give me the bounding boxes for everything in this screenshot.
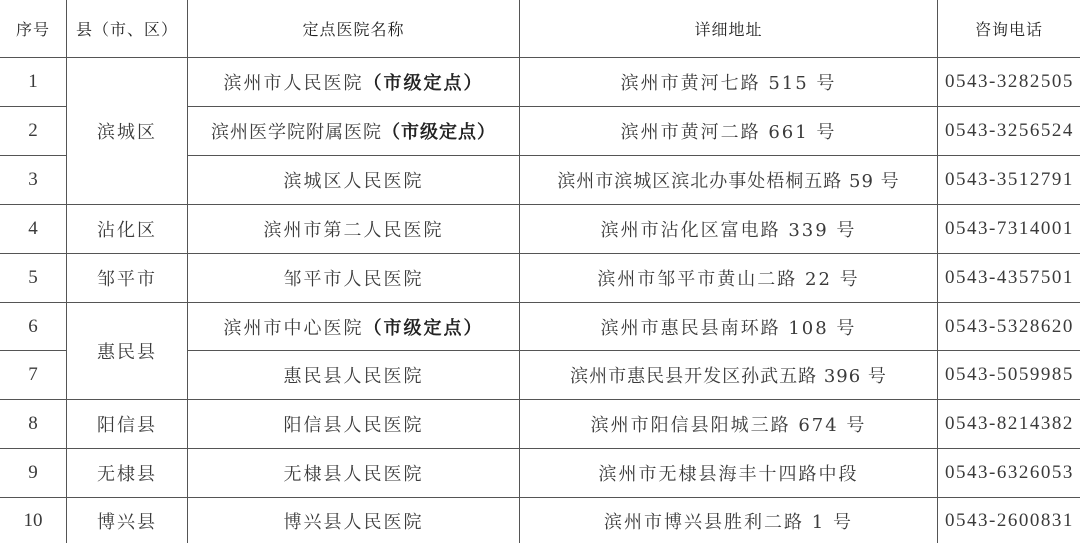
address: 滨州市无棣县海丰十四路中段: [520, 449, 937, 497]
address: 滨州市惠民县南环路 108 号: [520, 303, 937, 350]
address: 滨州市黄河二路 661 号: [520, 107, 937, 155]
row-no: 8: [0, 400, 66, 448]
county: 邹平市: [67, 254, 187, 302]
phone: 0543-4357501: [938, 254, 1080, 302]
phone: 0543-3256524: [938, 107, 1080, 155]
county-cell-bincheng: 滨城区: [67, 58, 187, 204]
address: 滨州市博兴县胜利二路 1 号: [520, 498, 937, 543]
phone: 0543-5328620: [938, 303, 1080, 350]
city-level-note: （市级定点）: [364, 314, 484, 340]
row-no: 2: [0, 107, 66, 155]
hospital-name-text: 滨州医学院附属医院: [211, 118, 382, 144]
address: 滨州市沾化区富电路 339 号: [520, 205, 937, 253]
hospital-name: 滨州市人民医院（市级定点）: [188, 58, 519, 106]
header-county: 县（市、区）: [67, 0, 187, 57]
row-no: 4: [0, 205, 66, 253]
hospital-name: 滨州医学院附属医院（市级定点）: [188, 107, 519, 155]
row-no: 1: [0, 58, 66, 106]
county: 沾化区: [67, 205, 187, 253]
phone: 0543-3512791: [938, 156, 1080, 204]
address: 滨州市阳信县阳城三路 674 号: [520, 400, 937, 448]
phone: 0543-5059985: [938, 351, 1080, 399]
hospital-name: 阳信县人民医院: [188, 400, 519, 448]
address: 滨州市滨城区滨北办事处梧桐五路 59 号: [520, 156, 937, 204]
city-level-note: （市级定点）: [382, 118, 496, 144]
row-no: 6: [0, 303, 66, 350]
hospital-table: 序号 县（市、区） 定点医院名称 详细地址 咨询电话 滨城区 惠民县 1 滨州市…: [0, 0, 1080, 543]
county: 博兴县: [67, 498, 187, 543]
phone: 0543-8214382: [938, 400, 1080, 448]
county: 无棣县: [67, 449, 187, 497]
phone: 0543-3282505: [938, 58, 1080, 106]
row-no: 5: [0, 254, 66, 302]
hospital-name: 滨州市第二人民医院: [188, 205, 519, 253]
phone: 0543-7314001: [938, 205, 1080, 253]
county-cell-huimin: 惠民县: [67, 303, 187, 399]
hospital-name: 滨州市中心医院（市级定点）: [188, 303, 519, 350]
hospital-name: 邹平市人民医院: [188, 254, 519, 302]
county: 阳信县: [67, 400, 187, 448]
header-hospital: 定点医院名称: [188, 0, 519, 57]
phone: 0543-6326053: [938, 449, 1080, 497]
hospital-name: 惠民县人民医院: [188, 351, 519, 399]
city-level-note: （市级定点）: [364, 69, 484, 95]
address: 滨州市黄河七路 515 号: [520, 58, 937, 106]
hospital-name-text: 滨州市人民医院: [224, 69, 364, 95]
row-no: 10: [0, 498, 66, 543]
hospital-name: 无棣县人民医院: [188, 449, 519, 497]
phone: 0543-2600831: [938, 498, 1080, 543]
hospital-name: 滨城区人民医院: [188, 156, 519, 204]
row-no: 9: [0, 449, 66, 497]
row-no: 7: [0, 351, 66, 399]
header-no: 序号: [0, 0, 66, 57]
hospital-name-text: 滨州市中心医院: [224, 314, 364, 340]
header-address: 详细地址: [520, 0, 937, 57]
hospital-name: 博兴县人民医院: [188, 498, 519, 543]
address: 滨州市邹平市黄山二路 22 号: [520, 254, 937, 302]
header-phone: 咨询电话: [938, 0, 1080, 57]
row-no: 3: [0, 156, 66, 204]
address: 滨州市惠民县开发区孙武五路 396 号: [520, 351, 937, 399]
